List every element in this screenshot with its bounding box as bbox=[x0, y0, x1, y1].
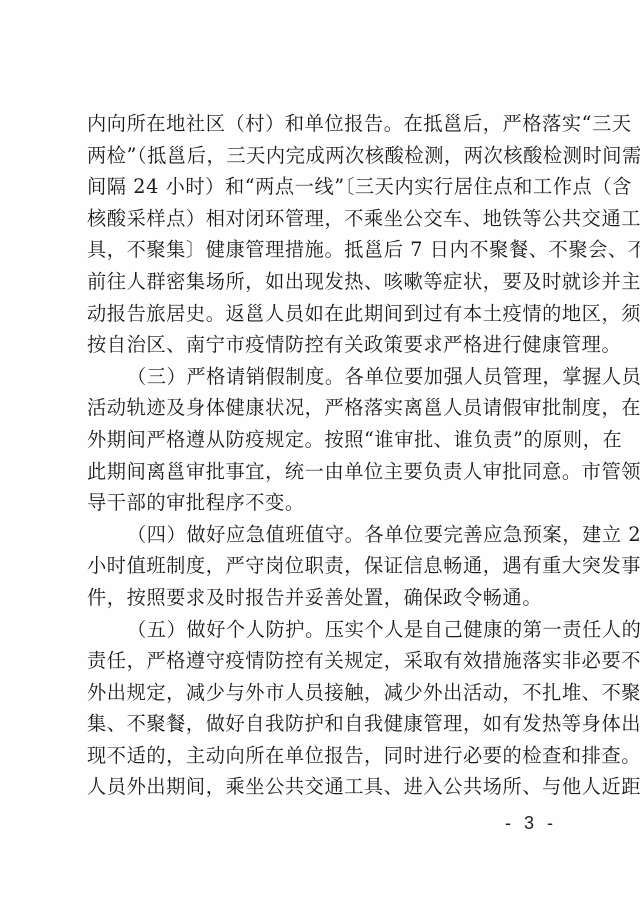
text-line: 外期间严格遵从防疫规定。按照“谁审批、谁负责”的原则，在 bbox=[87, 424, 567, 456]
text-line: 现不适的，主动向所在单位报告，同时进行必要的检查和排查。 bbox=[87, 740, 567, 772]
text-line: 动报告旅居史。返邕人员如在此期间到过有本土疫情的地区，须 bbox=[87, 298, 567, 330]
text-line: 间隔 24 小时）和“两点一线”〔三天内实行居住点和工作点（含 bbox=[87, 171, 567, 203]
text-line: 集、不聚餐，做好自我防护和自我健康管理，如有发热等身体出 bbox=[87, 708, 567, 740]
text-line: 两检”（抵邕后，三天内完成两次核酸检测，两次核酸检测时间需 bbox=[87, 140, 567, 172]
text-line: 导干部的审批程序不变。 bbox=[87, 487, 567, 519]
document-page: 内向所在地社区（村）和单位报告。在抵邕后，严格落实“三天 两检”（抵邕后，三天内… bbox=[0, 0, 640, 904]
text-line: 具，不聚集〕健康管理措施。抵邕后 7 日内不聚餐、不聚会、不 bbox=[87, 234, 567, 266]
text-line: 此期间离邕审批事宜，统一由单位主要负责人审批同意。市管领 bbox=[87, 456, 567, 488]
text-line: 内向所在地社区（村）和单位报告。在抵邕后，严格落实“三天 bbox=[87, 108, 567, 140]
text-line: 人员外出期间，乘坐公共交通工具、进入公共场所、与他人近距 bbox=[87, 771, 567, 803]
text-line: 责任，严格遵守疫情防控有关规定，采取有效措施落实非必要不 bbox=[87, 645, 567, 677]
text-line: 活动轨迹及身体健康状况，严格落实离邕人员请假审批制度，在 bbox=[87, 392, 567, 424]
text-line: 小时值班制度，严守岗位职责，保证信息畅通，遇有重大突发事 bbox=[87, 550, 567, 582]
page-number: - 3 - bbox=[505, 813, 557, 834]
section-heading-line: （三）严格请销假制度。各单位要加强人员管理，掌握人员 bbox=[87, 361, 567, 393]
section-heading-line: （五）做好个人防护。压实个人是自己健康的第一责任人的 bbox=[87, 614, 567, 646]
text-line: 前往人群密集场所，如出现发热、咳嗽等症状，要及时就诊并主 bbox=[87, 266, 567, 298]
text-line: 外出规定，减少与外市人员接触，减少外出活动，不扎堆、不聚 bbox=[87, 677, 567, 709]
text-line: 核酸采样点）相对闭环管理，不乘坐公交车、地铁等公共交通工 bbox=[87, 203, 567, 235]
text-line: 按自治区、南宁市疫情防控有关政策要求严格进行健康管理。 bbox=[87, 329, 567, 361]
document-body: 内向所在地社区（村）和单位报告。在抵邕后，严格落实“三天 两检”（抵邕后，三天内… bbox=[87, 108, 567, 803]
text-line: 件，按照要求及时报告并妥善处置，确保政令畅通。 bbox=[87, 582, 567, 614]
section-heading-line: （四）做好应急值班值守。各单位要完善应急预案，建立 24 bbox=[87, 519, 567, 551]
